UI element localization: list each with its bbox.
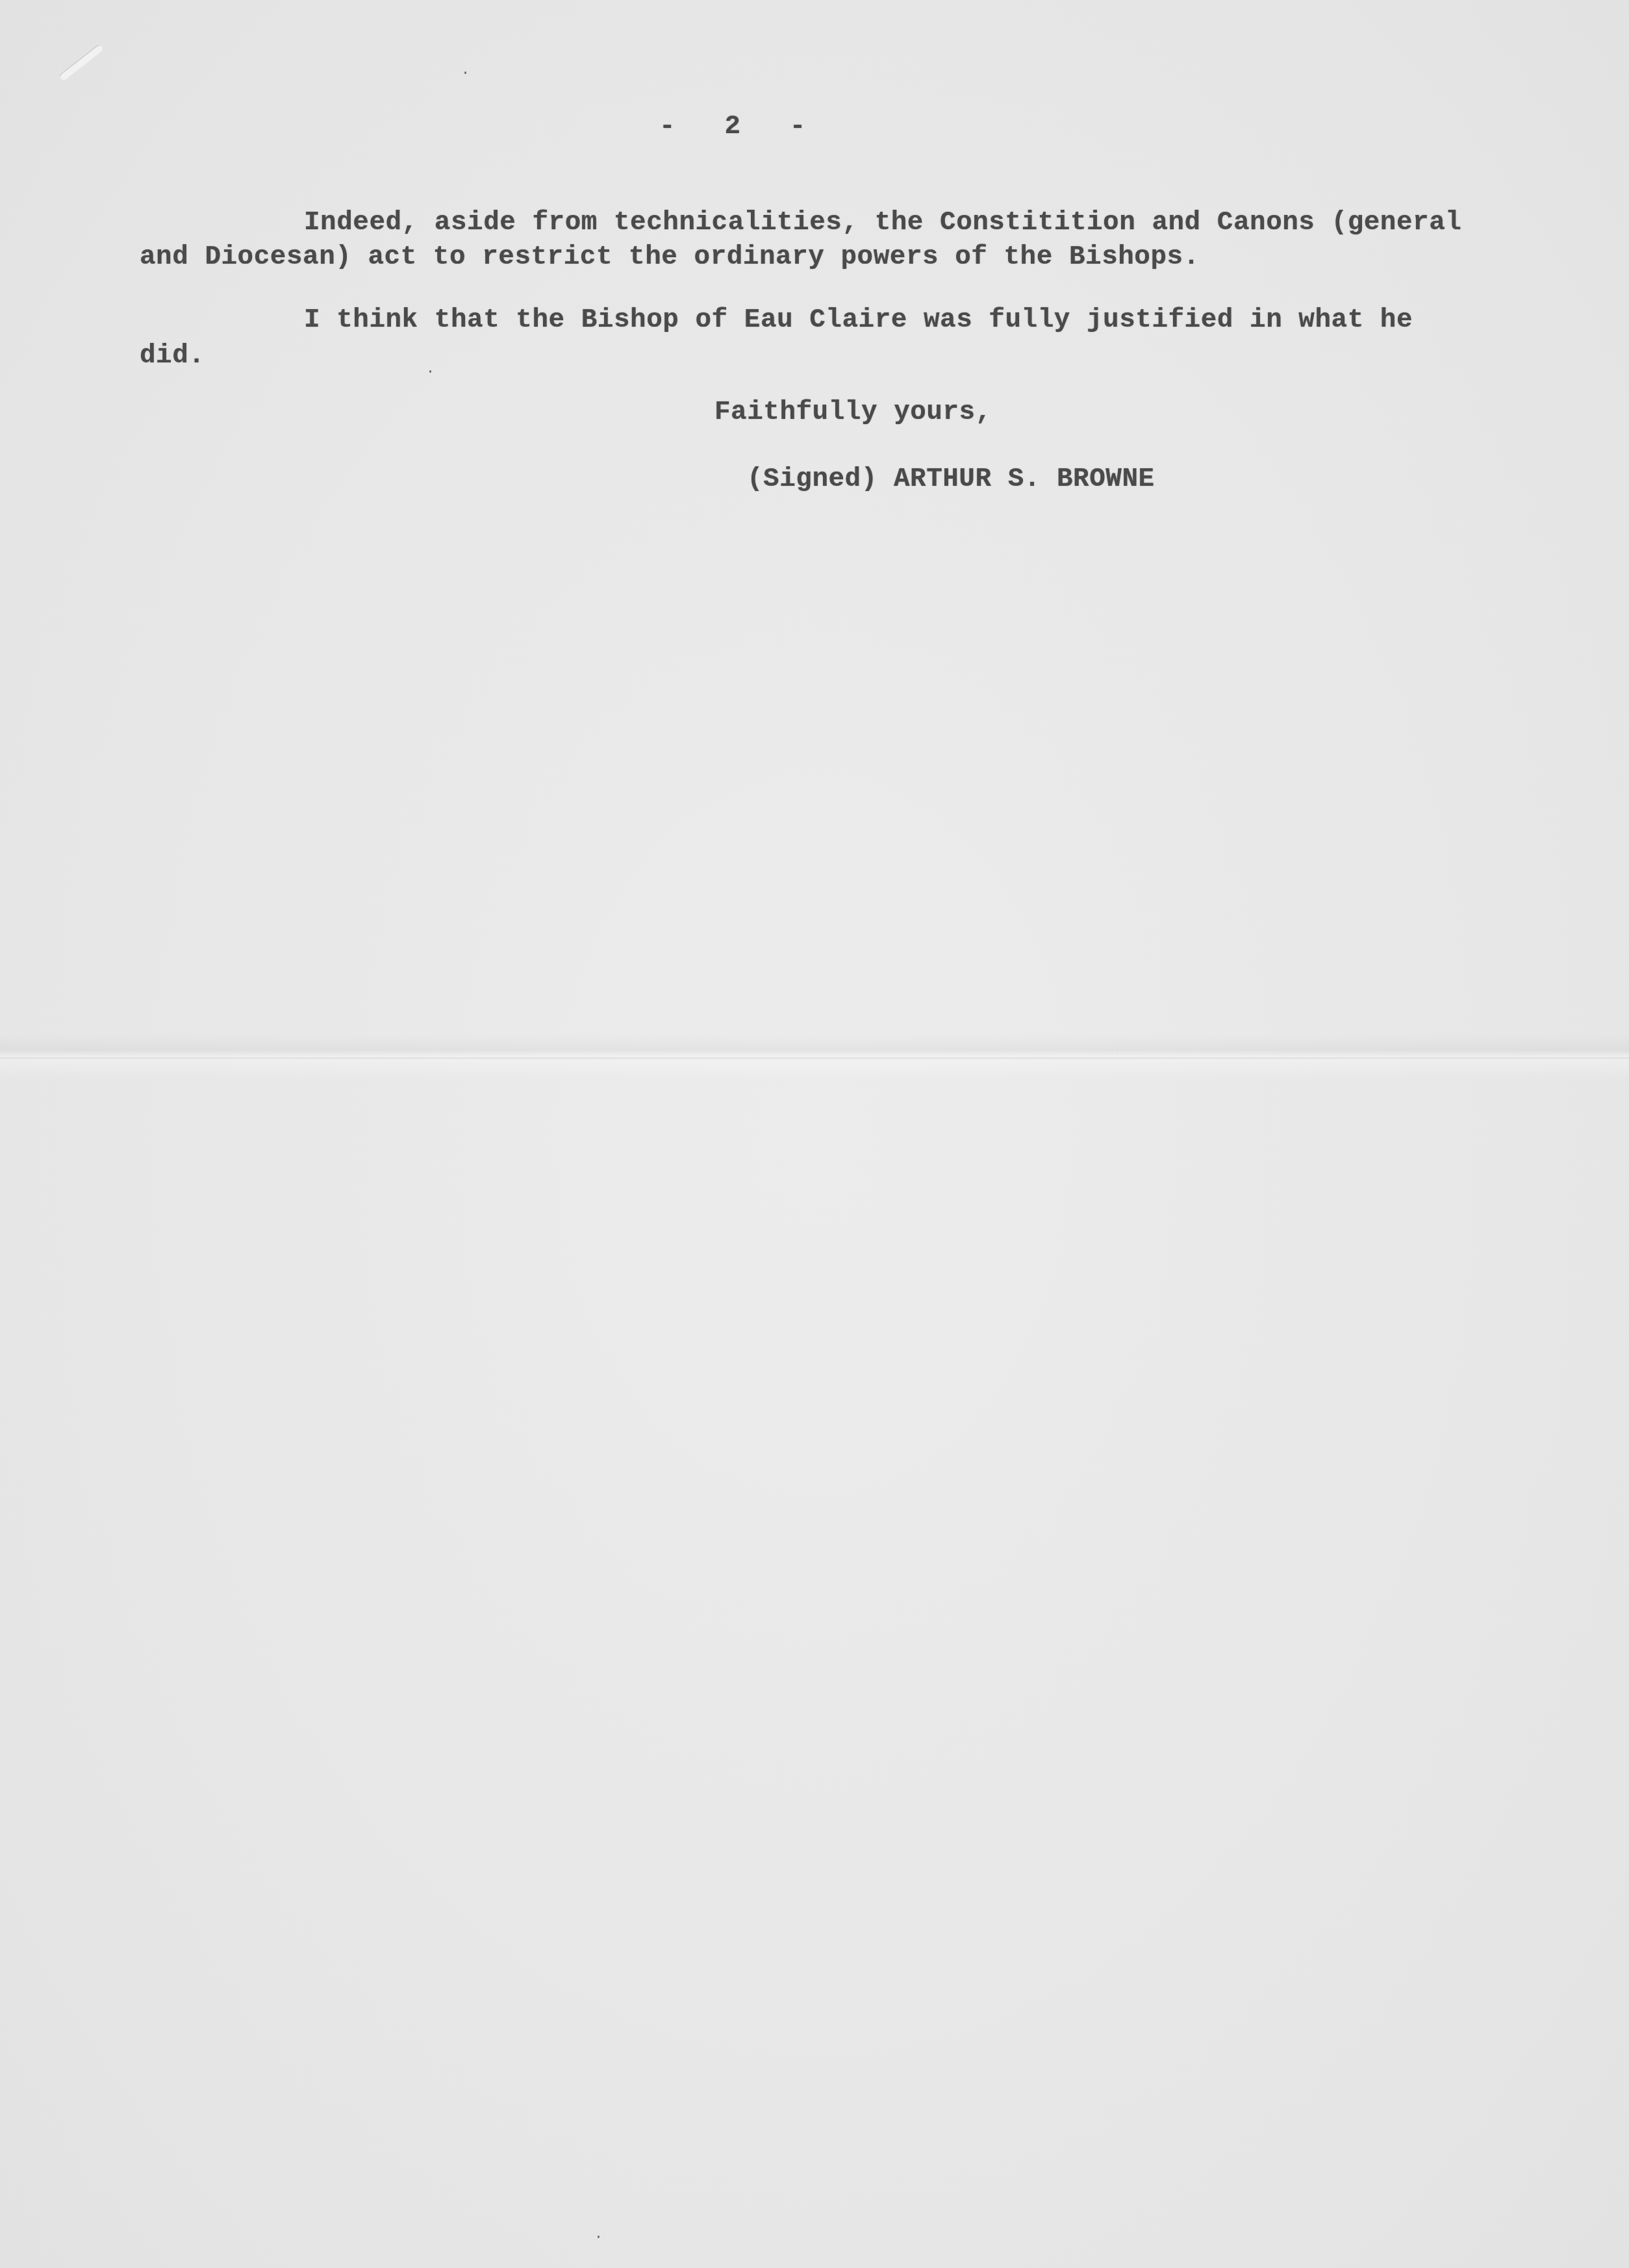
ink-speck: [598, 2236, 600, 2238]
letter-page: - 2 - Indeed, aside from technicalities,…: [0, 0, 1629, 2268]
ink-speck: [464, 71, 466, 74]
page-number: - 2 -: [659, 112, 806, 142]
paper-fold-line: [0, 1057, 1629, 1060]
ink-speck: [429, 370, 431, 373]
paragraph-1-line-2: and Diocesan) act to restrict the ordina…: [140, 242, 1200, 272]
paper-tear-mark: [58, 44, 104, 82]
closing-salutation: Faithfully yours,: [714, 397, 992, 427]
paragraph-2-line-2: did.: [140, 341, 205, 371]
paragraph-2-line-1: I think that the Bishop of Eau Claire wa…: [304, 305, 1413, 335]
paragraph-1-line-1: Indeed, aside from technicalities, the C…: [304, 208, 1461, 238]
signature-line: (Signed) ARTHUR S. BROWNE: [747, 464, 1155, 494]
